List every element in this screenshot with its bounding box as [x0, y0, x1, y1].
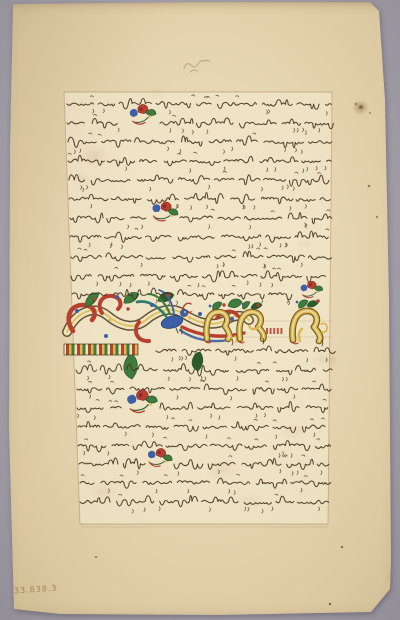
manuscript-page: 33.838.3	[0, 0, 400, 620]
pencil-inscription	[184, 60, 210, 72]
photo-backdrop: 33.838.3	[0, 0, 400, 620]
striped-bar	[64, 344, 138, 355]
manuscript-art	[0, 0, 400, 620]
paper-shadow-wrap: 33.838.3	[0, 0, 400, 620]
